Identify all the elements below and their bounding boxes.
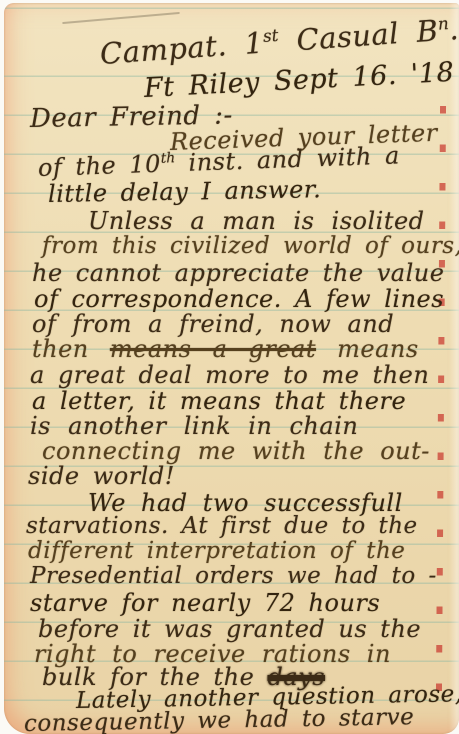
handwritten-line: is another link in chain	[30, 412, 358, 440]
text-segment: Campat. 1	[99, 26, 265, 71]
text-segment: means	[316, 335, 419, 363]
handwritten-line: side world!	[28, 462, 175, 490]
text-segment: th	[160, 150, 175, 166]
handwritten-line: he cannot appreciate the value	[32, 259, 444, 287]
handwritten-line: Unless a man is isolited	[88, 207, 425, 235]
text-segment: starve for nearly 72 hours	[30, 589, 380, 617]
handwritten-line: different interpretation of the	[28, 538, 405, 564]
handwritten-line: a great deal more to me then	[30, 361, 429, 389]
handwritten-line: Presedential orders we had to -	[30, 563, 437, 589]
text-segment: of correspondence. A few lines	[34, 285, 444, 313]
text-segment: connecting me with the out-	[42, 437, 430, 465]
text-segment: side world!	[28, 462, 175, 490]
struck-text: means a great	[110, 335, 316, 363]
handwritten-line: from this civilized world of ours,	[42, 233, 459, 259]
handwritten-line: before it was granted us the	[38, 615, 421, 643]
text-segment: he cannot appreciate the value	[32, 259, 444, 287]
handwritten-line: connecting me with the out-	[42, 437, 430, 465]
handwritten-line: of the 10th inst. and with a	[38, 141, 401, 182]
text-segment: from this civilized world of ours,	[42, 233, 459, 259]
handwritten-line: a letter, it means that there	[32, 387, 406, 415]
text-segment: Unless a man is isolited	[88, 207, 425, 235]
text-segment: then	[32, 335, 110, 363]
text-segment: st	[262, 25, 279, 46]
text-segment: Presedential orders we had to -	[30, 563, 437, 589]
scan-background: Campat. 1st Casual Bn.Ft Riley Sept 16. …	[0, 0, 459, 734]
handwritten-line: of correspondence. A few lines	[34, 285, 444, 313]
handwriting-layer: Campat. 1st Casual Bn.Ft Riley Sept 16. …	[4, 3, 459, 734]
text-segment: of the 10	[38, 150, 162, 182]
text-segment: a letter, it means that there	[32, 387, 406, 415]
text-segment: .	[448, 12, 459, 47]
handwritten-line: little delay I answer.	[48, 175, 322, 208]
handwritten-line: starvations. At first due to the	[26, 513, 418, 539]
text-segment: Casual B	[278, 13, 440, 58]
text-segment: starvations. At first due to the	[26, 513, 418, 539]
letter-page: Campat. 1st Casual Bn.Ft Riley Sept 16. …	[4, 3, 459, 734]
text-segment: is another link in chain	[30, 412, 358, 440]
text-segment: different interpretation of the	[28, 538, 405, 564]
text-segment: of from a freind, now and	[32, 310, 394, 338]
handwritten-line: then means a great means	[32, 335, 419, 363]
text-segment: a great deal more to me then	[30, 361, 429, 389]
text-segment: little delay I answer.	[48, 175, 322, 208]
handwritten-line: of from a freind, now and	[32, 310, 394, 338]
handwritten-line: starve for nearly 72 hours	[30, 589, 380, 617]
text-segment: before it was granted us the	[38, 615, 421, 643]
